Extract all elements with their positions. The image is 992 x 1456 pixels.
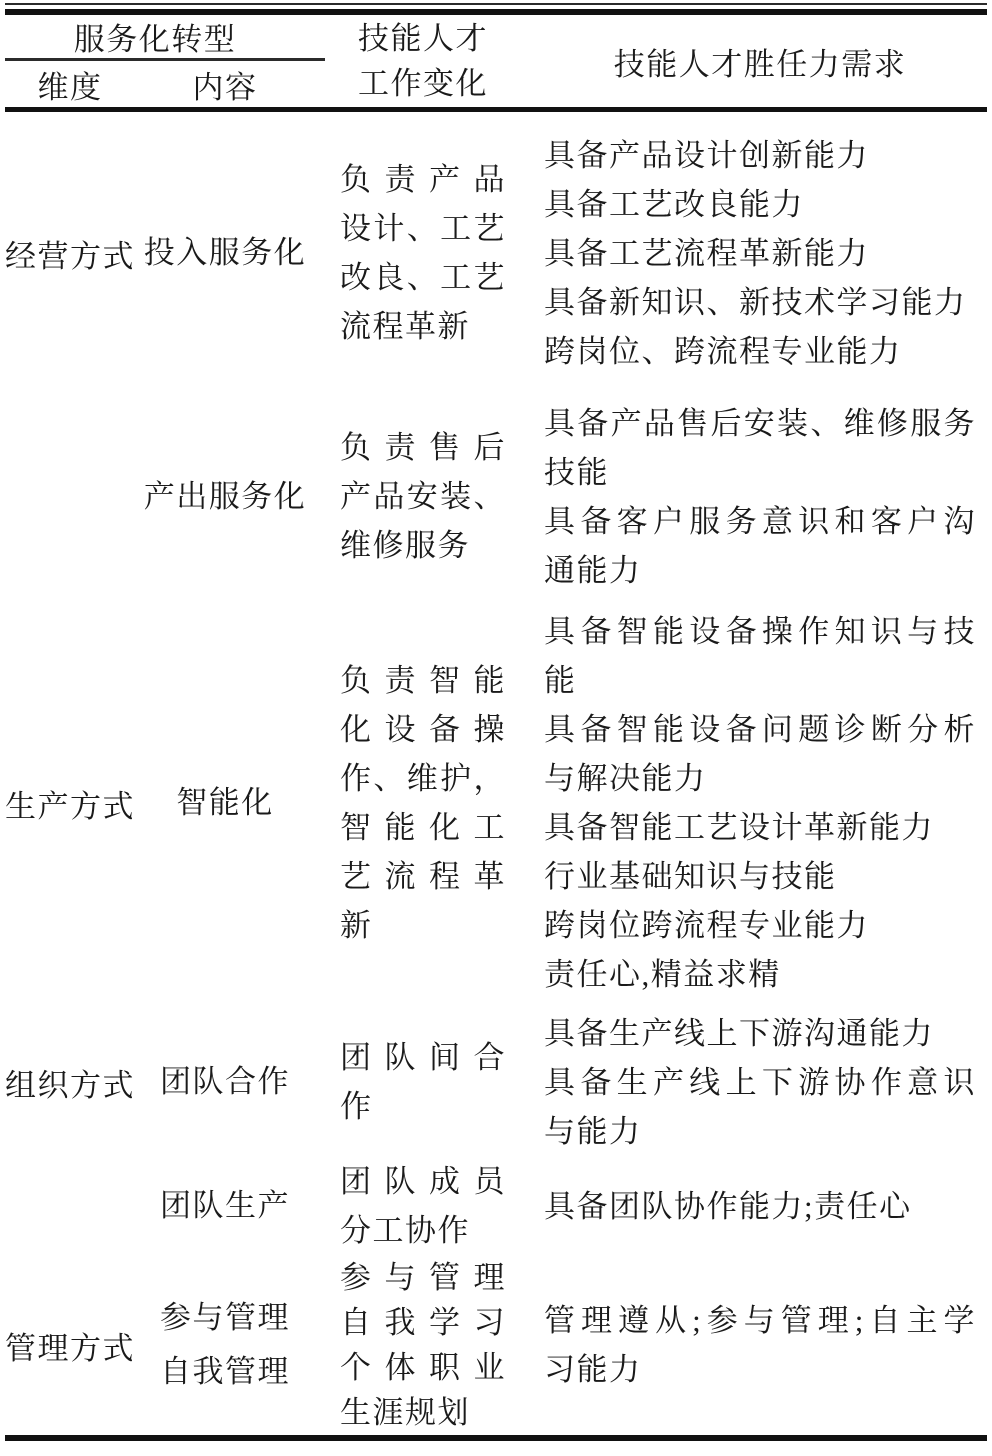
cell-requirements: 具备团队协作能力;责任心 (544, 1182, 976, 1231)
cell-content: 团队生产 (140, 1179, 310, 1233)
header-subcolumns: 维度 内容 (0, 61, 310, 107)
cell-requirements: 具备产品售后安装、维修服务技能 具备客户服务意识和客户沟通能力 (544, 399, 976, 595)
header-col-work-change-line2: 工作变化 (340, 61, 506, 106)
requirement-item: 具备生产线上下游协作意识与能力 (544, 1058, 976, 1156)
table-row: 生产方式 智能化 负责智能化设备操作、维护，智能化工艺流程革新 具备智能设备操作… (0, 599, 992, 1007)
cell-dimension: 经营方式 (0, 231, 140, 276)
header-group-servitization: 服务化转型 维度 内容 (0, 15, 310, 107)
table-header: 服务化转型 维度 内容 技能人才 工作变化 技能人才胜任力需求 (0, 15, 992, 107)
requirement-item: 行业基础知识与技能 (544, 852, 976, 901)
cell-content: 团队合作 (140, 1055, 310, 1109)
requirement-item: 具备产品售后安装、维修服务技能 (544, 399, 976, 497)
requirement-item: 具备新知识、新技术学习能力 (544, 278, 976, 327)
table-row: 组织方式 团队合作 团队间合作 具备生产线上下游沟通能力 具备生产线上下游协作意… (0, 1007, 992, 1157)
cell-work-change: 参与管理自我学习个体职业生涯规划 (340, 1255, 506, 1435)
table-row: 经营方式 投入服务化 负责产品设计、工艺改良、工艺流程革新 具备产品设计创新能力… (0, 112, 992, 394)
table-bottom-rule (5, 1435, 987, 1441)
cell-content: 投入服务化 (140, 226, 310, 280)
header-col-work-change-line1: 技能人才 (340, 16, 506, 61)
cell-work-change: 负责售后产品安装、维修服务 (340, 423, 506, 570)
requirement-item: 具备工艺流程革新能力 (544, 229, 976, 278)
requirement-item: 具备客户服务意识和客户沟通能力 (544, 497, 976, 595)
cell-requirements: 具备智能设备操作知识与技能 具备智能设备问题诊断分析与解决能力 具备智能工艺设计… (544, 607, 976, 999)
cell-dimension: 生产方式 (0, 781, 140, 826)
cell-requirements: 具备产品设计创新能力 具备工艺改良能力 具备工艺流程革新能力 具备新知识、新技术… (544, 131, 976, 376)
header-col-content: 内容 (140, 62, 310, 107)
cell-content: 产出服务化 (140, 470, 310, 524)
table-row: 管理方式 参与管理 自我管理 参与管理自我学习个体职业生涯规划 管理遵从;参与管… (0, 1255, 992, 1435)
requirement-item: 具备工艺改良能力 (544, 180, 976, 229)
header-col-dimension: 维度 (0, 62, 140, 107)
paper-table-page: 服务化转型 维度 内容 技能人才 工作变化 技能人才胜任力需求 经营方式 投入服… (0, 0, 992, 1456)
cell-work-change: 团队成员分工协作 (340, 1157, 506, 1255)
requirement-item: 具备团队协作能力;责任心 (544, 1182, 976, 1231)
header-group-title: 服务化转型 (0, 15, 310, 58)
requirement-item: 责任心,精益求精 (544, 950, 976, 999)
cell-content: 智能化 (140, 776, 310, 830)
cell-requirements: 具备生产线上下游沟通能力 具备生产线上下游协作意识与能力 (544, 1009, 976, 1156)
requirement-item: 跨岗位跨流程专业能力 (544, 901, 976, 950)
requirement-item: 管理遵从;参与管理;自主学习能力 (544, 1296, 976, 1394)
table-row: 团队生产 团队成员分工协作 具备团队协作能力;责任心 (0, 1157, 992, 1255)
cell-dimension: 组织方式 (0, 1060, 140, 1105)
cell-content: 参与管理 自我管理 (140, 1291, 310, 1399)
cell-work-change: 负责智能化设备操作、维护，智能化工艺流程革新 (340, 656, 506, 950)
cell-work-change: 团队间合作 (340, 1033, 506, 1131)
requirement-item: 具备生产线上下游沟通能力 (544, 1009, 976, 1058)
table-row: 产出服务化 负责售后产品安装、维修服务 具备产品售后安装、维修服务技能 具备客户… (0, 394, 992, 599)
cell-dimension: 管理方式 (0, 1323, 140, 1368)
requirement-item: 具备智能工艺设计革新能力 (544, 803, 976, 852)
requirement-item: 具备智能设备问题诊断分析与解决能力 (544, 705, 976, 803)
header-col-work-change: 技能人才 工作变化 (340, 15, 506, 107)
requirement-item: 具备智能设备操作知识与技能 (544, 607, 976, 705)
cell-requirements: 管理遵从;参与管理;自主学习能力 (544, 1296, 976, 1394)
requirement-item: 跨岗位、跨流程专业能力 (544, 327, 976, 376)
header-col-requirements: 技能人才胜任力需求 (544, 15, 976, 107)
requirement-item: 具备产品设计创新能力 (544, 131, 976, 180)
cell-work-change: 负责产品设计、工艺改良、工艺流程革新 (340, 155, 506, 351)
